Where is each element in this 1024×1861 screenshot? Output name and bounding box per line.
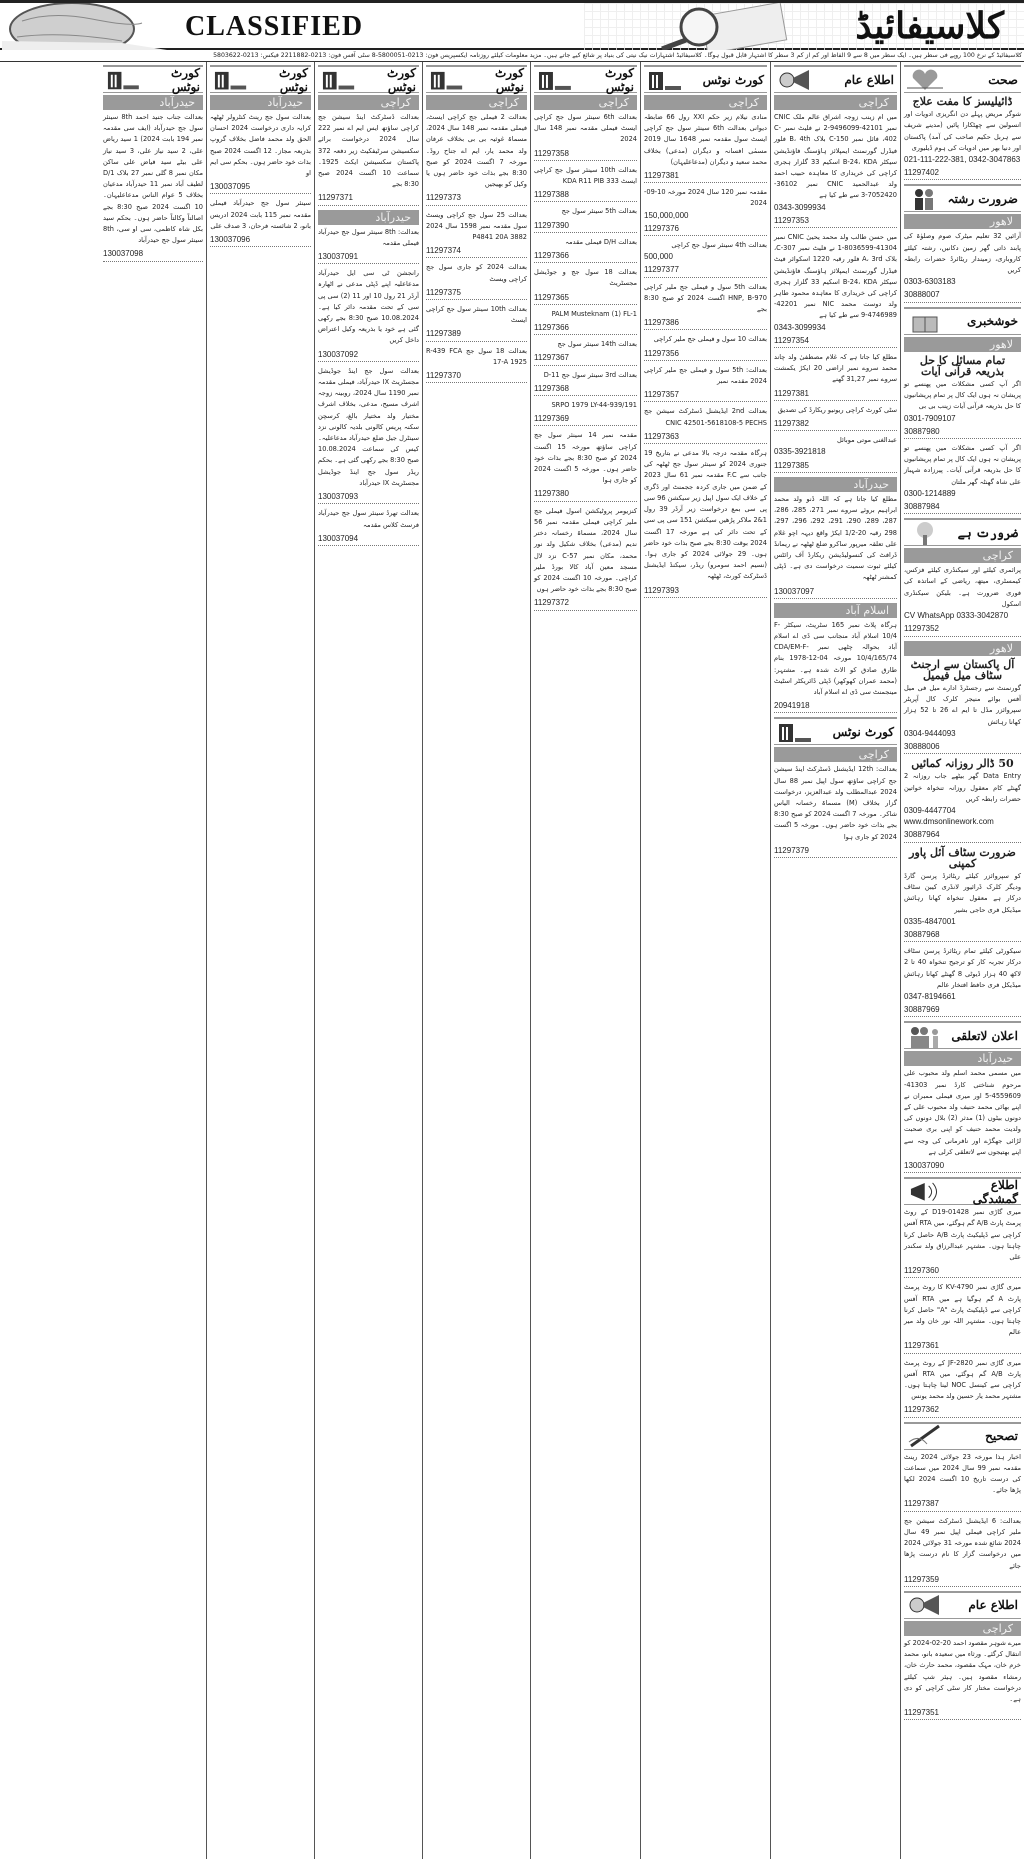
city-banner: کراچی (426, 95, 527, 110)
announcer-icon (777, 68, 813, 92)
col-court-hyderabad-2: کورٹ نوٹسحیدرآبادبعدالت جناب جنید احمد 8… (100, 62, 206, 1859)
classified-ad: تمام مسائل کا حل بذریعہ قرآنی آیاتاگر آپ… (904, 355, 1021, 439)
ad-body: بعدالت ڈسٹرکٹ اینڈ سیشن جج کراچی ساؤتھ ا… (318, 112, 419, 190)
ad-body: کنزیومر پروٹیکشن اسول فیملی جج ملیر کراچ… (534, 506, 637, 596)
ad-body: بعدالت 2024 کو جاری سول جج کراچی ویسٹ (426, 262, 527, 284)
courthouse-icon (537, 68, 573, 92)
section-header: کورٹ نوٹس (318, 65, 419, 93)
ad-reference-number: 11297376 (644, 223, 767, 236)
classified-ad: اگر آپ کسی مشکلات میں پھنسے تو پریشان نہ… (904, 443, 1021, 514)
classified-ad: میری گاڑی نمبر KV-4790 کا روٹ پرمٹ پارٹ … (904, 1282, 1021, 1353)
ad-reference-number: 11297379 (774, 845, 897, 858)
ad-body: شوگر مریض پہلے دن انگریزی ادویات اور انس… (904, 109, 1021, 154)
megaphone-icon (907, 1180, 942, 1204)
ad-reference-number: 130037096 (210, 234, 311, 247)
ad-reference-number: 11297388 (534, 189, 637, 202)
city-banner: لاهور (904, 337, 1021, 352)
classified-ad: ہرگاہ پلاٹ نمبر 165 سٹریٹ، سیکٹر F-10/4 … (774, 620, 897, 714)
ad-body: میری گاڑی نمبر JF-2820 کے روٹ پرمٹ پارٹ … (904, 1358, 1021, 1403)
ad-body: بعدالت 4th سینئر سول جج کراچی (644, 240, 767, 251)
ad-body: بعدالت 5th سینئر سول جج (534, 206, 637, 217)
col-announcement: اطلاع عامکراچیمیں ام زینب زوجہ اشراق عال… (770, 62, 900, 1859)
section-title: کورٹ نوٹس (141, 66, 200, 94)
ad-body: Data Entry گھر بیٹھے جاب روزانہ 2 گھنٹے … (904, 771, 1021, 805)
page-title-urdu: کلاسیفائیڈ (855, 5, 1004, 47)
city-banner: لاهور (904, 641, 1021, 656)
classified-ad: بعدالت 10th سینئر سول جج کراچی ایسٹ KDA … (534, 165, 637, 203)
classified-ad: سٹی کورٹ کراچی ریونیو ریکارڈ کی تصدیق112… (774, 405, 897, 431)
city-banner: کراچی (774, 747, 897, 762)
ad-reference-number: 30887969 (904, 1004, 1021, 1017)
ad-title: تمام مسائل کا حل بذریعہ قرآنی آیات (904, 355, 1021, 377)
ad-body: بعدالت سول جج اینڈ جوڈیشل مجسٹریٹ IX حید… (318, 366, 419, 489)
ad-body: سیکورٹی کیلئے تمام ریٹائرڈ پرسن سٹاف درک… (904, 946, 1021, 991)
ad-body: بعدالت 3rd سینئر سول جج D-11 (534, 370, 637, 381)
ad-body: میں حسن طالب ولد محمد یحییٰ CNIC نمبر 41… (774, 232, 897, 322)
ad-reference-number: 30888007 (904, 289, 1021, 302)
section-title: کورٹ نوٹس (248, 66, 308, 94)
ad-title: 50 ڈالر روزانہ کمائیں (904, 758, 1021, 769)
classified-ad: مقدمہ نمبر 14 سینئر سول جج کراچی ساؤتھ م… (534, 430, 637, 501)
ad-body: مطلع کیا جاتا ہے کہ اللہ ڈنو ولد محمد اب… (774, 494, 897, 584)
classified-ad: SRPO 1979 LY-44-939/19111297369 (534, 400, 637, 426)
ad-body: بعدالت 2nd ایڈیشنل ڈسٹرکٹ سیشن جج CNIC 4… (644, 406, 767, 428)
ad-body: بعدالت تھرڈ سینئر سول جج حیدرآباد فرسٹ ک… (318, 508, 419, 530)
ad-reference-number: 11297375 (426, 287, 527, 300)
globe-logo-icon (2, 3, 167, 50)
classified-ad: ضرورت سٹاف آئل پاور کمپنیکو سپروائزر کیل… (904, 847, 1021, 943)
ad-body: ہرگاہ مقدمہ درجہ بالا مدعی نے بتاریخ 19 … (644, 448, 767, 582)
page-title-english: CLASSIFIED (185, 11, 363, 43)
classified-ad: بعدالت 18 سول جج R-439 FCA 17-A 19251129… (426, 346, 527, 384)
ad-reference-number: 11297365 (534, 292, 637, 305)
ad-body: بعدالت 18 سول جج R-439 FCA 17-A 1925 (426, 346, 527, 368)
ad-body: بعدالت: 12th ایڈیشنل ڈسٹرکٹ اینڈ سیشن جج… (774, 764, 897, 842)
gift-icon (907, 309, 943, 333)
city-banner: کراچی (904, 1621, 1021, 1636)
ad-body: بعدالت: 6 ایڈیشنل ڈسٹرکٹ سیشن جج ملیر کر… (904, 1516, 1021, 1572)
city-banner: حیدرآباد (210, 95, 311, 110)
city-banner: حیدرآباد (904, 1051, 1021, 1066)
classified-ad: آرائیں 32 تعلیم میٹرک صوم وصلوٰۃ کی پابن… (904, 231, 1021, 302)
ad-title: ڈائیلیسز کا مفت علاج (904, 96, 1021, 107)
section-header: کورٹ نوٹس (644, 65, 767, 93)
section-header: اطلاع گمشدگی (904, 1177, 1021, 1205)
classified-ad: بعدالت D/H فیملی مقدمہ11297366 (534, 237, 637, 263)
classified-ad: میں حسن طالب ولد محمد یحییٰ CNIC نمبر 41… (774, 232, 897, 348)
ad-body: بعدالت جناب جنید احمد 8th سینئر سول جج ح… (103, 112, 203, 246)
classified-ad: مطلع کیا جاتا ہے کہ اللہ ڈنو ولد محمد اب… (774, 494, 897, 599)
ad-reference-number: 30887980 (904, 426, 1021, 439)
ad-reference-number: 11297368 (534, 383, 637, 396)
ad-body: میری گاڑی نمبر KV-4790 کا روٹ پرمٹ پارٹ … (904, 1282, 1021, 1338)
ad-reference-number: 11297366 (534, 322, 637, 335)
ad-body: بعدالت 10 سول و فیملی جج ملیر کراچی (644, 334, 767, 345)
ad-body: SRPO 1979 LY-44-939/191 (534, 400, 637, 411)
ad-reference-number: 11297393 (644, 585, 767, 598)
classified-ad: 50 ڈالر روزانہ کمائیںData Entry گھر بیٹھ… (904, 758, 1021, 842)
ad-reference-number: 11297382 (774, 418, 897, 431)
section-title: اطلاع عام (844, 73, 894, 87)
section-header: ضرورت ہے (904, 518, 1021, 546)
classified-ad: بعدالت: 6 ایڈیشنل ڈسٹرکٹ سیشن جج ملیر کر… (904, 1516, 1021, 1587)
ad-reference-number: 11297359 (904, 1574, 1021, 1587)
ad-reference-number: 11297360 (904, 1265, 1021, 1278)
ad-reference-number: 11297370 (426, 370, 527, 383)
classified-ad: بعدالت 5th سینئر سول جج11297390 (534, 206, 637, 232)
city-banner: لاهور (904, 214, 1021, 229)
city-banner: اسلام آباد (774, 603, 897, 618)
ad-body: بعدالت: 5th سول و فیملی جج ملیر کراچی 20… (644, 365, 767, 387)
ad-body: اخبار ہذا مورخہ 23 جولائی 2024 رینٹ مقدم… (904, 1452, 1021, 1497)
ad-body: بعدالت 5th سول و فیملی جج ملیر کراچی HNP… (644, 282, 767, 316)
ad-body: میری گاڑی نمبر D19-01428 کے روٹ پرمٹ پار… (904, 1207, 1021, 1263)
ad-reference-number: 11297351 (904, 1707, 1021, 1720)
classified-ad: میری گاڑی نمبر D19-01428 کے روٹ پرمٹ پار… (904, 1207, 1021, 1278)
courthouse-icon (429, 68, 464, 92)
ad-body: بعدالت 10th سینئر سول جج کراچی ایسٹ KDA … (534, 165, 637, 187)
ad-reference-number: 11297352 (904, 623, 1021, 636)
ad-body: میرے شوہر مقصود احمد 20-02-2024 کو انتقا… (904, 1638, 1021, 1705)
section-header: کورٹ نوٹس (426, 65, 527, 93)
ad-reference-number: 130037097 (774, 586, 897, 599)
city-banner: کراچی (318, 95, 419, 110)
ad-body: PALM Musteknam (1) FL-1 (534, 309, 637, 320)
ad-body: بعدالت: 8th سینئر سول جج حیدرآباد فیملی … (318, 227, 419, 249)
ad-reference-number: 20941918 (774, 700, 897, 713)
city-banner: کراچی (904, 548, 1021, 563)
couple-icon (907, 187, 943, 211)
ad-reference-number: 11297386 (644, 317, 767, 330)
classified-ad: بعدالت سول جج رینٹ کنٹرولر ٹھٹھہ کرایہ د… (210, 112, 311, 194)
ad-phone: 0300-1214889 (904, 488, 1021, 499)
ad-reference-number: 11297374 (426, 245, 527, 258)
col-court-hyderabad-1: کورٹ نوٹسحیدرآبادبعدالت سول جج رینٹ کنٹر… (206, 62, 314, 1859)
classified-ad: بعدالت 25 سول جج کراچی ویسٹ سول مقدمہ نم… (426, 210, 527, 259)
section-title: صحت (988, 73, 1018, 87)
ad-body: میں مسمی محمد اسلم ولد محبوب علی مرحوم ش… (904, 1068, 1021, 1158)
classified-ad: سیکورٹی کیلئے تمام ریٹائرڈ پرسن سٹاف درک… (904, 946, 1021, 1017)
ad-phone: 500,000 (644, 251, 767, 262)
ad-reference-number: 11297369 (534, 413, 637, 426)
classified-ad: PALM Musteknam (1) FL-111297366 (534, 309, 637, 335)
courthouse-icon (321, 68, 356, 92)
col-health: صحتڈائیلیسز کا مفت علاجشوگر مریض پہلے دن… (900, 62, 1024, 1859)
classified-ad: بعدالت 10th سینئر سول جج کراچی ایسٹ11297… (426, 304, 527, 342)
ad-phone: 021-111-222-381, 0342-3047863 (904, 154, 1021, 165)
classified-ad: سینئر سول جج حیدرآباد فیملی مقدمہ نمبر 1… (210, 198, 311, 247)
ad-reference-number: 11297353 (774, 215, 897, 228)
classified-ad: پرائمری کیلئے اور سیکنڈری کیلئے فزکس، کی… (904, 565, 1021, 636)
ad-phone: 0301-7909107 (904, 413, 1021, 424)
masthead: CLASSIFIED کلاسیفائیڈ (0, 0, 1024, 50)
ad-reference-number: 11297362 (904, 1404, 1021, 1417)
ad-reference-number: 11297387 (904, 1498, 1021, 1511)
city-banner: حیدرآباد (318, 210, 419, 225)
classified-ad: رانجشن ٹی سی ایل حیدرآباد مدعاعلیہ اپنے … (318, 268, 419, 362)
section-header: کورٹ نوٹس (534, 65, 637, 93)
ad-body: بعدالت 18 سول جج و جوڈیشل مجسٹریٹ (534, 267, 637, 289)
courthouse-icon (647, 68, 683, 92)
classified-ad: ہرگاہ مقدمہ درجہ بالا مدعی نے بتاریخ 19 … (644, 448, 767, 598)
ad-body: آرائیں 32 تعلیم میٹرک صوم وصلوٰۃ کی پابن… (904, 231, 1021, 276)
ad-body: منادی نیلام زیر حکم XXI رول 66 ضابطہ دیو… (644, 112, 767, 168)
ad-body: اگر آپ کسی مشکلات میں پھنسے تو پریشان نہ… (904, 443, 1021, 488)
ad-body: بعدالت سول جج رینٹ کنٹرولر ٹھٹھہ کرایہ د… (210, 112, 311, 179)
classified-ad: منادی نیلام زیر حکم XXI رول 66 ضابطہ دیو… (644, 112, 767, 183)
classified-ad: عبدالغنی موتی موبائل0335-392181811297385 (774, 435, 897, 473)
classified-ad: بعدالت 4th سینئر سول جج کراچی500,0001129… (644, 240, 767, 278)
ad-phone: 0303-6303183 (904, 276, 1021, 287)
heart-icon (907, 68, 943, 92)
ad-reference-number: 130037095 (210, 181, 311, 194)
classified-ad: بعدالت: 5th سول و فیملی جج ملیر کراچی 20… (644, 365, 767, 403)
ad-reference-number: 11297377 (644, 264, 767, 277)
section-title: ضرورت رشتہ (948, 192, 1018, 206)
classified-ad: میں ام زینب زوجہ اشراق عالم ملک CNIC نمب… (774, 112, 897, 228)
pen-icon (907, 1424, 943, 1448)
ad-body: مطلع کیا جاتا ہے کہ غلام مصطفیٰ ولد چاند… (774, 352, 897, 386)
ad-reference-number: 11297385 (774, 460, 897, 473)
columns-container: صحتڈائیلیسز کا مفت علاجشوگر مریض پہلے دن… (0, 62, 1024, 1859)
classified-ad: ڈائیلیسز کا مفت علاجشوگر مریض پہلے دن ان… (904, 96, 1021, 180)
classified-ad: اخبار ہذا مورخہ 23 جولائی 2024 رینٹ مقدم… (904, 1452, 1021, 1512)
magnifier-newspaper-icon (644, 3, 794, 50)
classified-ad: میرے شوہر مقصود احمد 20-02-2024 کو انتقا… (904, 1638, 1021, 1720)
ad-reference-number: 130037094 (318, 533, 419, 546)
section-title: کورٹ نوٹس (833, 725, 894, 739)
ad-body: سینئر سول جج حیدرآباد فیملی مقدمہ نمبر 1… (210, 198, 311, 232)
ad-reference-number: 30887984 (904, 501, 1021, 514)
classified-ad: بعدالت 3rd سینئر سول جج D-1111297368 (534, 370, 637, 396)
section-title: خوشخبری (967, 314, 1018, 328)
ad-reference-number: 130037091 (318, 251, 419, 264)
ad-reference-number: 11297390 (534, 220, 637, 233)
ad-body: مقدمہ نمبر 120 سال 2024 مورخہ 10-09-2024 (644, 187, 767, 209)
courthouse-icon (213, 68, 248, 92)
ad-title: آل پاکستان سے ارجنٹ سٹاف میل فیمیل (904, 659, 1021, 681)
classified-ad: بعدالت: 8th سینئر سول جج حیدرآباد فیملی … (318, 227, 419, 265)
col-court-karachi-3: کورٹ نوٹسکراچیبعدالت 2 فیملی جج کراچی ای… (422, 62, 530, 1859)
ad-phone: 0309-4447704 www.dmsonlinework.com (904, 805, 1021, 827)
ad-body: بعدالت 6th سینئر سول جج کراچی ایسٹ فیملی… (534, 112, 637, 146)
ad-reference-number: 11297372 (534, 597, 637, 610)
classified-ad: مطلع کیا جاتا ہے کہ غلام مصطفیٰ ولد چاند… (774, 352, 897, 401)
ad-reference-number: 130037093 (318, 491, 419, 504)
classified-ad: بعدالت 6th سینئر سول جج کراچی ایسٹ فیملی… (534, 112, 637, 161)
classified-ad: بعدالت 2nd ایڈیشنل ڈسٹرکٹ سیشن جج CNIC 4… (644, 406, 767, 444)
ad-body: پرائمری کیلئے اور سیکنڈری کیلئے فزکس، کی… (904, 565, 1021, 610)
ad-reference-number: 11297371 (318, 192, 419, 205)
ad-body: کو سپروائزر کیلئے ریٹائرڈ پرسن گارڈ ودیگ… (904, 871, 1021, 916)
ad-phone: 0335-4847001 (904, 916, 1021, 927)
section-title: کورٹ نوٹس (703, 73, 764, 87)
ad-reference-number: 11297367 (534, 352, 637, 365)
ad-reference-number: 11297381 (774, 388, 897, 401)
ad-phone: 0335-3921818 (774, 446, 897, 457)
classified-ad: بعدالت تھرڈ سینئر سول جج حیدرآباد فرسٹ ک… (318, 508, 419, 546)
ad-body: رانجشن ٹی سی ایل حیدرآباد مدعاعلیہ اپنے … (318, 268, 419, 346)
ad-reference-number: 130037090 (904, 1160, 1021, 1173)
section-header: خوشخبری (904, 307, 1021, 335)
ad-reference-number: 11297357 (644, 389, 767, 402)
classified-ad: مقدمہ نمبر 120 سال 2024 مورخہ 10-09-2024… (644, 187, 767, 236)
ad-phone: 0304-9444093 (904, 728, 1021, 739)
ad-reference-number: 11297402 (904, 167, 1021, 180)
ad-body: اگر آپ کسی مشکلات میں پھنسے تو پریشان نہ… (904, 379, 1021, 413)
ad-phone: 0343-3099934 (774, 202, 897, 213)
classified-ad: بعدالت: 12th ایڈیشنل ڈسٹرکٹ اینڈ سیشن جج… (774, 764, 897, 858)
section-title: اطلاع گمشدگی (942, 1178, 1018, 1206)
section-header: ضرورت رشتہ (904, 184, 1021, 212)
section-header: تصحیح (904, 1422, 1021, 1450)
section-title: کورٹ نوٹس (356, 66, 416, 94)
section-header: اطلاع عام (904, 1591, 1021, 1619)
section-header: اطلاع عام (774, 65, 897, 93)
classified-ad: میں مسمی محمد اسلم ولد محبوب علی مرحوم ش… (904, 1068, 1021, 1173)
ad-phone: 0343-3099934 (774, 322, 897, 333)
family-icon (907, 1024, 943, 1048)
classified-ad: بعدالت ڈسٹرکٹ اینڈ سیشن جج کراچی ساؤتھ ا… (318, 112, 419, 206)
ad-body: سٹی کورٹ کراچی ریونیو ریکارڈ کی تصدیق (774, 405, 897, 416)
ad-body: ہرگاہ پلاٹ نمبر 165 سٹریٹ، سیکٹر F-10/4 … (774, 620, 897, 698)
section-title: تصحیح (985, 1429, 1018, 1443)
classified-ad: بعدالت 2 فیملی جج کراچی ایسٹ، فیملی مقدم… (426, 112, 527, 206)
ad-reference-number: 11297380 (534, 488, 637, 501)
ad-reference-number: 11297363 (644, 431, 767, 444)
ad-reference-number: 130037098 (103, 248, 203, 261)
classified-ad: کنزیومر پروٹیکشن اسول فیملی جج ملیر کراچ… (534, 506, 637, 611)
classified-ad: بعدالت سول جج اینڈ جوڈیشل مجسٹریٹ IX حید… (318, 366, 419, 504)
ad-body: بعدالت 25 سول جج کراچی ویسٹ سول مقدمہ نم… (426, 210, 527, 244)
ad-body: میں ام زینب زوجہ اشراق عالم ملک CNIC نمب… (774, 112, 897, 202)
ad-reference-number: 11297356 (644, 348, 767, 361)
ad-body: بعدالت 10th سینئر سول جج کراچی ایسٹ (426, 304, 527, 326)
announcer-icon (907, 1593, 943, 1617)
ad-phone: 150,000,000 (644, 210, 767, 221)
rates-info-bar: کلاسیفائیڈ کے نرخ 100 روپے فی سطر ہیں۔ ا… (0, 50, 1024, 62)
ad-reference-number: 11297381 (644, 170, 767, 183)
classified-ad: بعدالت 5th سول و فیملی جج ملیر کراچی HNP… (644, 282, 767, 331)
ad-reference-number: 11297366 (534, 250, 637, 263)
courthouse-icon (106, 68, 141, 92)
ad-reference-number: 11297389 (426, 328, 527, 341)
ad-reference-number: 11297358 (534, 148, 637, 161)
ad-body: بعدالت D/H فیملی مقدمہ (534, 237, 637, 248)
classified-ad: بعدالت جناب جنید احمد 8th سینئر سول جج ح… (103, 112, 203, 262)
section-header: کورٹ نوٹس (210, 65, 311, 93)
ad-body: گورنمنٹ سے رجسٹرڈ ادارے میل فی میل آفس ب… (904, 683, 1021, 728)
section-header: کورٹ نوٹس (774, 717, 897, 745)
section-title: ضرورت ہے (958, 526, 1018, 540)
section-header: اعلان لاتعلقی (904, 1021, 1021, 1049)
section-header: کورٹ نوٹس (103, 65, 203, 93)
ad-reference-number: 11297354 (774, 335, 897, 348)
ad-phone: 0347-8194661 (904, 991, 1021, 1002)
ad-body: عبدالغنی موتی موبائل (774, 435, 897, 446)
ad-title: ضرورت سٹاف آئل پاور کمپنی (904, 847, 1021, 869)
city-banner: کراچی (534, 95, 637, 110)
ad-reference-number: 30888006 (904, 741, 1021, 754)
tree-icon (907, 521, 943, 545)
section-title: کورٹ نوٹس (573, 66, 634, 94)
section-title: کورٹ نوٹس (464, 66, 524, 94)
ad-body: بعدالت 2 فیملی جج کراچی ایسٹ، فیملی مقدم… (426, 112, 527, 190)
ad-reference-number: 30887968 (904, 929, 1021, 942)
section-title: اعلان لاتعلقی (951, 1029, 1018, 1043)
col-court-karachi-1: کورٹ نوٹسکراچیمنادی نیلام زیر حکم XXI رو… (640, 62, 770, 1859)
section-header: صحت (904, 65, 1021, 93)
classified-ad: بعدالت 10 سول و فیملی جج ملیر کراچی11297… (644, 334, 767, 360)
classified-ad: بعدالت 2024 کو جاری سول جج کراچی ویسٹ112… (426, 262, 527, 300)
classified-ad: آل پاکستان سے ارجنٹ سٹاف میل فیمیلگورنمن… (904, 659, 1021, 755)
ad-body: بعدالت 14th سینئر سول جج (534, 339, 637, 350)
city-banner: کراچی (774, 95, 897, 110)
ad-reference-number: 11297373 (426, 192, 527, 205)
classified-ad: بعدالت 14th سینئر سول جج11297367 (534, 339, 637, 365)
col-court-karachi-2: کورٹ نوٹسکراچیبعدالت 6th سینئر سول جج کر… (530, 62, 640, 1859)
city-banner: حیدرآباد (774, 477, 897, 492)
ad-reference-number: 30887964 (904, 829, 1021, 842)
ad-body: مقدمہ نمبر 14 سینئر سول جج کراچی ساؤتھ م… (534, 430, 637, 486)
courthouse-icon (777, 720, 813, 744)
ad-phone: CV WhatsApp 0333-3042870 (904, 610, 1021, 621)
classified-ad: میری گاڑی نمبر JF-2820 کے روٹ پرمٹ پارٹ … (904, 1358, 1021, 1418)
ad-reference-number: 11297361 (904, 1340, 1021, 1353)
classified-ad: بعدالت 18 سول جج و جوڈیشل مجسٹریٹ1129736… (534, 267, 637, 305)
ad-reference-number: 130037092 (318, 349, 419, 362)
city-banner: کراچی (644, 95, 767, 110)
col-court-karachi-4: کورٹ نوٹسکراچیبعدالت ڈسٹرکٹ اینڈ سیشن جج… (314, 62, 422, 1859)
section-title: اطلاع عام (968, 1598, 1018, 1612)
city-banner: حیدرآباد (103, 95, 203, 110)
